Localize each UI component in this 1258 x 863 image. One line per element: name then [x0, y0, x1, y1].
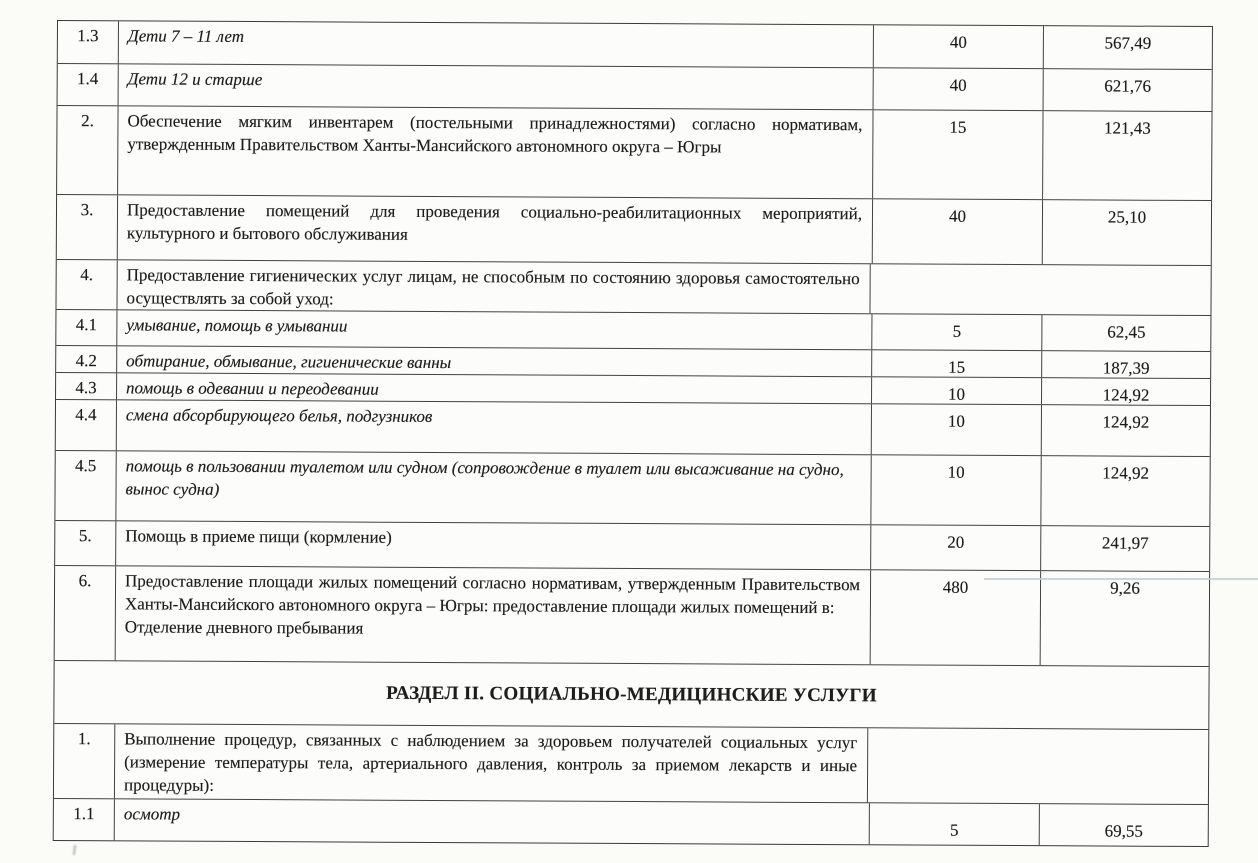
- duration-cell: 40: [874, 25, 1044, 68]
- service-name-cell: Предоставление гигиенических услуг лицам…: [117, 260, 870, 313]
- service-name: Обеспечение мягким инвентарем (постельны…: [127, 109, 862, 159]
- table-row: 1.Выполнение процедур, связанных с наблю…: [54, 723, 1208, 804]
- duration-cell: 480: [871, 570, 1041, 665]
- duration-cell: 40: [873, 199, 1043, 264]
- service-name-cell: умывание, помощь в умывании: [117, 310, 872, 349]
- table-row: 4.5помощь в пользовании туалетом или суд…: [55, 450, 1209, 526]
- price-cell: 69,55: [1040, 804, 1208, 846]
- service-name: осмотр: [124, 802, 859, 829]
- service-name-cell: Дети 12 и старше: [119, 64, 874, 109]
- duration-cell: 10: [872, 404, 1042, 455]
- row-number-cell: 4.: [56, 260, 117, 309]
- price-cell: 567,49: [1044, 26, 1212, 69]
- service-name-cell: помощь в одевании и переодевании: [117, 373, 872, 403]
- table-row: 5.Помощь в приеме пищи (кормление)20241,…: [55, 520, 1209, 571]
- table-row: 1.3Дети 7 – 11 лет40567,49: [58, 21, 1212, 69]
- duration-price-merged-cell: [870, 264, 1210, 315]
- duration-cell: 40: [874, 68, 1044, 110]
- duration-cell: 15: [873, 110, 1043, 199]
- row-number-cell: 5.: [55, 521, 116, 565]
- service-name: обтирание, обмывание, гигиенические ванн…: [126, 349, 861, 376]
- table-row: 4.Предоставление гигиенических услуг лиц…: [56, 259, 1210, 315]
- service-name: смена абсорбирующего белья, подгузников: [126, 403, 861, 430]
- row-number-cell: 4.5: [55, 451, 116, 520]
- duration-cell: 10: [872, 377, 1042, 404]
- service-name-cell: смена абсорбирующего белья, подгузников: [117, 400, 872, 454]
- service-name: Предоставление площади жилых помещений с…: [125, 569, 860, 619]
- service-name: умывание, помощь в умывании: [126, 313, 861, 340]
- duration-cell: 15: [872, 350, 1042, 377]
- row-number-cell: 4.3: [56, 373, 117, 399]
- price-cell: 121,43: [1043, 111, 1211, 200]
- duration-price-merged-cell: [868, 728, 1208, 804]
- service-name: Дети 7 – 11 лет: [128, 24, 863, 51]
- row-number-cell: 1.3: [58, 21, 119, 63]
- duration-cell: 5: [872, 314, 1042, 350]
- row-number-cell: 1.: [54, 724, 115, 798]
- service-name: Выполнение процедур, связанных с наблюде…: [124, 727, 857, 800]
- service-name: Предоставление гигиенических услуг лицам…: [126, 263, 859, 313]
- price-cell: 187,39: [1042, 351, 1210, 378]
- service-name-cell: Дети 7 – 11 лет: [119, 21, 874, 67]
- price-cell: 25,10: [1043, 200, 1211, 265]
- table-row: 1.4Дети 12 и старше40621,76: [58, 63, 1212, 111]
- service-name: помощь в одевании и переодевании: [126, 376, 861, 403]
- service-name: помощь в пользовании туалетом или судном…: [125, 454, 860, 504]
- table-row: 2.Обеспечение мягким инвентарем (постель…: [57, 105, 1211, 200]
- price-cell: 9,26: [1041, 571, 1209, 666]
- service-name: Дети 12 и старше: [128, 67, 863, 94]
- duration-cell: 10: [871, 455, 1041, 525]
- service-name-cell: Помощь в приеме пищи (кормление): [116, 521, 871, 569]
- row-number-cell: 1.1: [54, 799, 115, 840]
- duration-cell: 20: [871, 525, 1041, 570]
- price-cell: 621,76: [1044, 69, 1212, 111]
- service-name-cell: помощь в пользовании туалетом или судном…: [116, 451, 871, 524]
- service-name-cell: Предоставление площади жилых помещений с…: [116, 566, 871, 664]
- row-number-cell: 1.4: [58, 64, 119, 105]
- tariff-table: 1.3Дети 7 – 11 лет40567,491.4Дети 12 и с…: [53, 20, 1213, 847]
- service-name-cell: Предоставление помещений для проведения …: [118, 195, 873, 263]
- duration-cell: 5: [870, 803, 1040, 845]
- table-row: 4.1умывание, помощь в умывании562,45: [56, 309, 1210, 351]
- price-cell: 124,92: [1041, 456, 1209, 526]
- row-number-cell: 3.: [57, 195, 118, 259]
- section-title: РАЗДЕЛ II. СОЦИАЛЬНО-МЕДИЦИНСКИЕ УСЛУГИ: [54, 661, 1208, 729]
- scan-artifact-mark: [72, 845, 76, 855]
- service-name-cell: осмотр: [115, 799, 870, 844]
- row-number-cell: 4.2: [56, 346, 117, 372]
- service-name-cell: Выполнение процедур, связанных с наблюде…: [115, 724, 868, 802]
- service-name-cell: Обеспечение мягким инвентарем (постельны…: [118, 106, 873, 198]
- scan-artifact-line: [984, 578, 1258, 580]
- service-name-cell: обтирание, обмывание, гигиенические ванн…: [117, 346, 872, 376]
- table-row: 4.4смена абсорбирующего белья, подгузник…: [56, 399, 1210, 456]
- price-cell: 124,92: [1042, 378, 1210, 405]
- row-number-cell: 2.: [57, 106, 118, 194]
- row-number-cell: 4.1: [56, 310, 117, 345]
- price-cell: 124,92: [1042, 405, 1210, 456]
- scanned-document-page: 1.3Дети 7 – 11 лет40567,491.4Дети 12 и с…: [0, 0, 1258, 863]
- table-row: 1.1осмотр569,55: [54, 798, 1208, 846]
- row-number-cell: 6.: [55, 566, 116, 660]
- price-cell: 241,97: [1041, 526, 1209, 571]
- service-name-line2: Отделение дневного пребывания: [125, 615, 860, 642]
- service-name: Помощь в приеме пищи (кормление): [125, 524, 860, 551]
- row-number-cell: 4.4: [56, 400, 117, 450]
- service-name: Предоставление помещений для проведения …: [127, 198, 862, 248]
- table-row: 6.Предоставление площади жилых помещений…: [55, 565, 1209, 666]
- table-row: 3.Предоставление помещений для проведени…: [57, 194, 1211, 265]
- section-heading-row: РАЗДЕЛ II. СОЦИАЛЬНО-МЕДИЦИНСКИЕ УСЛУГИ: [54, 660, 1208, 729]
- price-cell: 62,45: [1042, 315, 1210, 351]
